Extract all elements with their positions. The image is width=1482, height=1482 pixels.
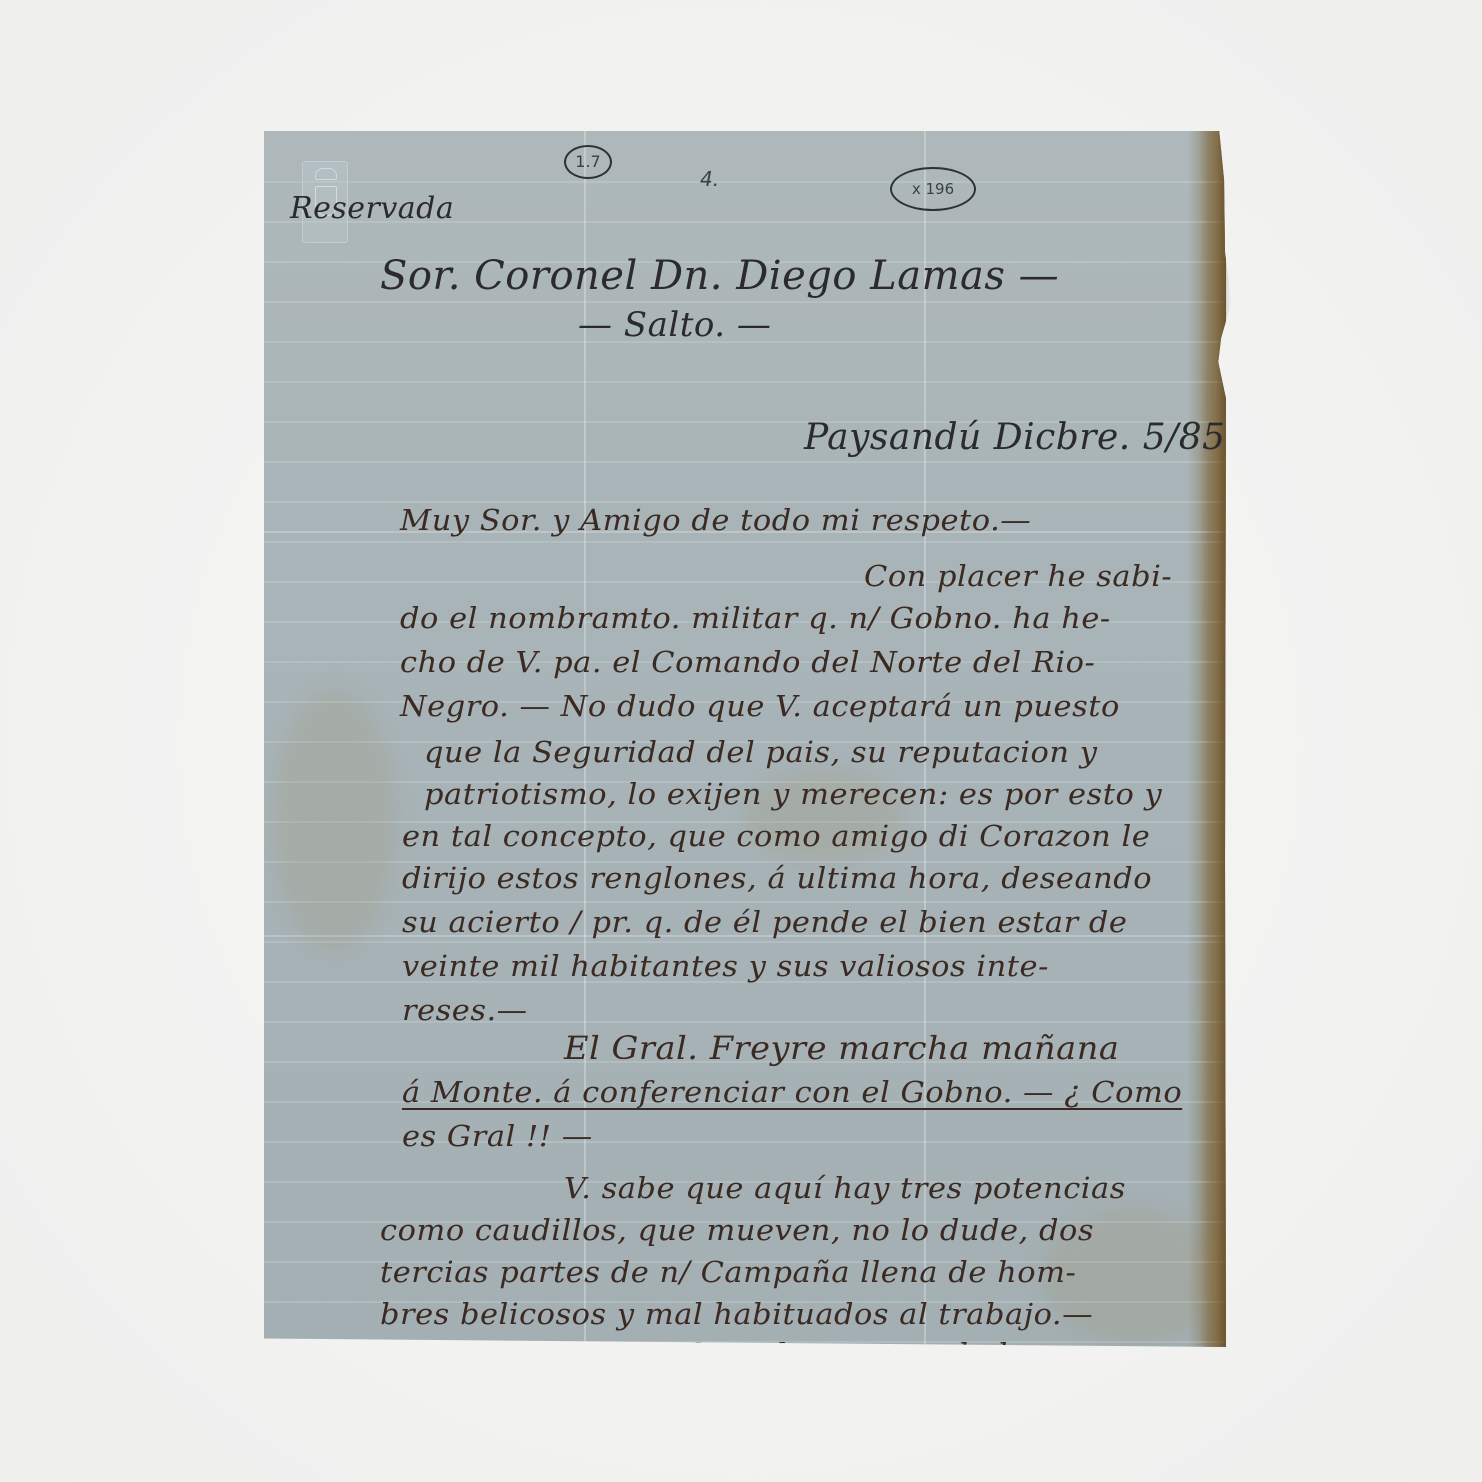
letter-line: reses.— <box>402 993 528 1027</box>
addressee-line: Sor. Coronel Dn. Diego Lamas — <box>380 253 1059 299</box>
stained-torn-edge <box>1200 131 1226 1347</box>
letter-line: El Gral. Freyre marcha mañana <box>564 1029 1119 1067</box>
letter-line: V. sabe que aquí hay tres potencias <box>564 1171 1126 1205</box>
letter-line: veinte mil habitantes y sus valiosos int… <box>402 949 1049 983</box>
archive-mark-number: 4. <box>700 167 719 191</box>
crown-icon <box>315 168 337 180</box>
letter-line: dirijo estos renglones, á ultima hora, d… <box>402 861 1152 895</box>
letter-line: su acierto / pr. q. de él pende el bien … <box>402 905 1127 939</box>
letter-line: es Gral !! — <box>402 1119 593 1153</box>
letter-line: La situacion actual es alarmante y la ha… <box>400 1337 1177 1347</box>
letter-line: que la Seguridad del pais, su reputacion… <box>424 735 1097 769</box>
letter-line: cho de V. pa. el Comando del Norte del R… <box>400 645 1095 679</box>
letter-sheet: 1.7 4. x 196 Reservada Sor. Coronel Dn. … <box>264 131 1226 1347</box>
archive-mark-circled: x 196 <box>890 167 976 211</box>
letter-line: do el nombramto. militar q. n/ Gobno. ha… <box>400 601 1111 635</box>
letter-line: Con placer he sabi- <box>864 559 1172 593</box>
classification-label: Reservada <box>290 191 454 226</box>
letter-line: bres belicosos y mal habituados al traba… <box>380 1297 1093 1331</box>
location-line: — Salto. — <box>578 305 771 345</box>
letter-line: á Monte. á conferenciar con el Gobno. — … <box>402 1075 1182 1109</box>
age-stain <box>274 691 394 951</box>
letter-line: tercias partes de n/ Campaña llena de ho… <box>380 1255 1076 1289</box>
letter-line: Negro. — No dudo que V. aceptará un pues… <box>400 689 1120 723</box>
archive-mark-circled: 1.7 <box>564 145 612 179</box>
photo-background: 1.7 4. x 196 Reservada Sor. Coronel Dn. … <box>0 0 1482 1482</box>
salutation: Muy Sor. y Amigo de todo mi respeto.— <box>400 503 1031 537</box>
letter-line: como caudillos, que mueven, no lo dude, … <box>380 1213 1094 1247</box>
dateline: Paysandú Dicbre. 5/857 — <box>804 417 1226 458</box>
letter-line: patriotismo, lo exijen y merecen: es por… <box>424 777 1162 811</box>
letter-line: en tal concepto, que como amigo di Coraz… <box>402 819 1150 853</box>
